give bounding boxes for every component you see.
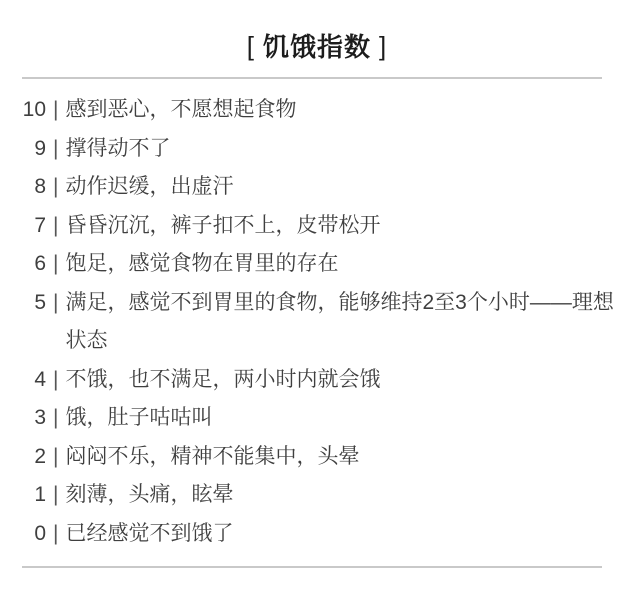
item-divider: |: [53, 515, 58, 554]
item-description: 刻薄，头痛，眩晕: [65, 476, 614, 515]
item-description: 满足，感觉不到胃里的食物，能够维持2至3个小时——理想状态: [65, 284, 614, 361]
item-level: 1: [20, 476, 46, 515]
item-divider: |: [53, 245, 58, 284]
list-item: 8|动作迟缓，出虚汗: [20, 168, 614, 207]
hunger-index-card: [饥饿指数] 10|感到恶心，不愿想起食物9|撑得动不了8|动作迟缓，出虚汗7|…: [0, 0, 634, 593]
item-divider: |: [53, 438, 58, 477]
title-bracket-left: [: [247, 31, 255, 61]
item-level: 2: [20, 438, 46, 477]
item-divider: |: [53, 361, 58, 400]
item-divider: |: [53, 284, 58, 323]
title-bracket-right: ]: [379, 31, 387, 61]
list-item: 7|昏昏沉沉，裤子扣不上，皮带松开: [20, 207, 614, 246]
item-level: 9: [20, 130, 46, 169]
page-title: [饥饿指数]: [0, 0, 634, 64]
item-level: 10: [20, 91, 46, 130]
list-item: 1|刻薄，头痛，眩晕: [20, 476, 614, 515]
item-level: 8: [20, 168, 46, 207]
item-level: 6: [20, 245, 46, 284]
bottom-divider: [22, 566, 602, 568]
list-item: 0|已经感觉不到饿了: [20, 515, 614, 554]
item-divider: |: [53, 168, 58, 207]
item-description: 已经感觉不到饿了: [65, 515, 614, 554]
item-divider: |: [53, 399, 58, 438]
item-divider: |: [53, 476, 58, 515]
list-item: 3|饿，肚子咕咕叫: [20, 399, 614, 438]
list-item: 10|感到恶心，不愿想起食物: [20, 91, 614, 130]
item-level: 0: [20, 515, 46, 554]
item-divider: |: [53, 130, 58, 169]
item-description: 感到恶心，不愿想起食物: [65, 91, 614, 130]
item-level: 3: [20, 399, 46, 438]
item-description: 不饿，也不满足，两小时内就会饿: [65, 361, 614, 400]
item-description: 饱足，感觉食物在胃里的存在: [65, 245, 614, 284]
item-description: 撑得动不了: [65, 130, 614, 169]
item-level: 7: [20, 207, 46, 246]
list-item: 4|不饿，也不满足，两小时内就会饿: [20, 361, 614, 400]
item-description: 动作迟缓，出虚汗: [65, 168, 614, 207]
list-item: 9|撑得动不了: [20, 130, 614, 169]
list-item: 6|饱足，感觉食物在胃里的存在: [20, 245, 614, 284]
item-level: 4: [20, 361, 46, 400]
item-description: 闷闷不乐，精神不能集中，头晕: [65, 438, 614, 477]
page-title-text: 饥饿指数: [263, 32, 371, 62]
item-divider: |: [53, 91, 58, 130]
hunger-index-list: 10|感到恶心，不愿想起食物9|撑得动不了8|动作迟缓，出虚汗7|昏昏沉沉，裤子…: [0, 79, 634, 553]
item-description: 饿，肚子咕咕叫: [65, 399, 614, 438]
item-level: 5: [20, 284, 46, 323]
list-item: 2|闷闷不乐，精神不能集中，头晕: [20, 438, 614, 477]
list-item: 5|满足，感觉不到胃里的食物，能够维持2至3个小时——理想状态: [20, 284, 614, 361]
item-description: 昏昏沉沉，裤子扣不上，皮带松开: [65, 207, 614, 246]
item-divider: |: [53, 207, 58, 246]
